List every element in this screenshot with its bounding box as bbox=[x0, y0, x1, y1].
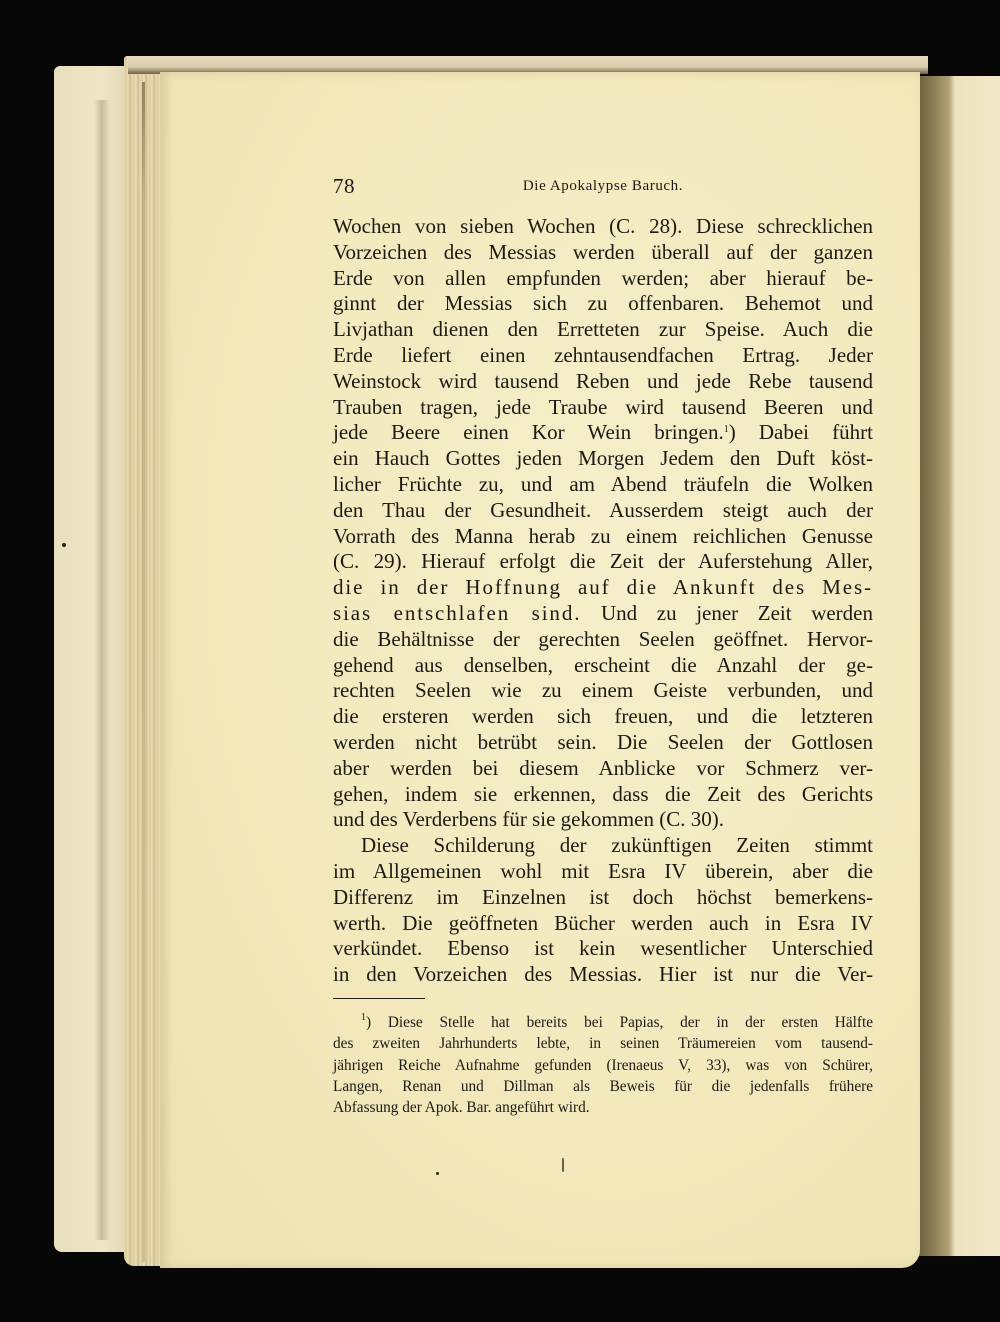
text-line: licher Früchte zu, und am Abend träufeln… bbox=[333, 472, 873, 498]
text-segment: ) Diese Stelle hat bereits bei Papias, d… bbox=[366, 1014, 873, 1031]
running-title: Die Apokalypse Baruch. bbox=[333, 178, 873, 195]
text-line: rechten Seelen wie zu einem Geiste verbu… bbox=[333, 678, 873, 704]
text-line: Trauben tragen, jede Traube wird tausend… bbox=[333, 395, 873, 421]
footnote-line: jährigen Reiche Aufnahme gefunden (Irena… bbox=[333, 1055, 873, 1076]
body-text: Wochen von sieben Wochen (C. 28). Diese … bbox=[333, 214, 873, 988]
text-line: Differenz im Einzelnen ist doch höchst b… bbox=[333, 885, 873, 911]
text-line: gehen, indem sie erkennen, dass die Zeit… bbox=[333, 782, 873, 808]
page-shadow bbox=[94, 100, 110, 1240]
text-line-with-footnote: jede Beere einen Kor Wein bringen.1) Dab… bbox=[333, 420, 873, 446]
footnote-line: Langen, Renan und Dillman als Beweis für… bbox=[333, 1076, 873, 1097]
paper-speck bbox=[562, 1158, 564, 1172]
running-head: 78 Die Apokalypse Baruch. bbox=[333, 174, 873, 202]
text-segment: jede Beere einen Kor Wein bringen. bbox=[333, 420, 724, 444]
text-line: aber werden bei diesem Anblicke vor Schm… bbox=[333, 756, 873, 782]
footnote-divider bbox=[333, 998, 425, 999]
text-line: die Behältnisse der gerechten Seelen geö… bbox=[333, 627, 873, 653]
text-line: verkündet. Ebenso ist kein wesentlicher … bbox=[333, 936, 873, 962]
text-line: Vorzeichen des Messias werden überall au… bbox=[333, 240, 873, 266]
text-line-spaced: die in der Hoffnung auf die Ankunft des … bbox=[333, 575, 873, 601]
text-line: Weinstock wird tausend Reben und jede Re… bbox=[333, 369, 873, 395]
text-line: gehend aus denselben, erscheint die Anza… bbox=[333, 653, 873, 679]
footnote-line: des zweiten Jahrhunderts lebte, in seine… bbox=[333, 1033, 873, 1054]
footnotes: 1) Diese Stelle hat bereits bei Papias, … bbox=[333, 1012, 873, 1118]
paragraph-end-line: und des Verderbens für sie gekommen (C. … bbox=[333, 807, 873, 833]
text-line: sias entschlafen sind. Und zu jener Zeit… bbox=[333, 601, 873, 627]
footnote-line: Abfassung der Apok. Bar. angeführt wird. bbox=[333, 1097, 873, 1118]
text-line: den Thau der Gesundheit. Ausserdem steig… bbox=[333, 498, 873, 524]
paper-speck bbox=[62, 543, 66, 547]
text-line: die ersteren werden sich freuen, und die… bbox=[333, 704, 873, 730]
text-line: ein Hauch Gottes jeden Morgen Jedem den … bbox=[333, 446, 873, 472]
text-line: (C. 29). Hierauf erfolgt die Zeit der Au… bbox=[333, 549, 873, 575]
text-segment: Und zu jener Zeit werden bbox=[581, 601, 873, 625]
text-line: werden nicht betrübt sein. Die Seelen de… bbox=[333, 730, 873, 756]
binding-line bbox=[142, 82, 145, 1262]
book-page: 78 Die Apokalypse Baruch. Wochen von sie… bbox=[160, 72, 920, 1268]
text-line: Livjathan dienen den Erretteten zur Spei… bbox=[333, 317, 873, 343]
text-line: Erde von allen empfunden werden; aber hi… bbox=[333, 266, 873, 292]
footnote-line: 1) Diese Stelle hat bereits bei Papias, … bbox=[333, 1012, 873, 1033]
text-line: werth. Die geöffneten Bücher werden auch… bbox=[333, 911, 873, 937]
text-line: in den Vorzeichen des Messias. Hier ist … bbox=[333, 962, 873, 988]
text-segment: ) Dabei führt bbox=[729, 420, 873, 444]
paper-speck bbox=[436, 1172, 439, 1175]
paragraph-start-line: Diese Schilderung der zukünftigen Zeiten… bbox=[333, 833, 873, 859]
text-line: Erde liefert einen zehntausendfachen Ert… bbox=[333, 343, 873, 369]
text-line: ginnt der Messias sich zu offenbaren. Be… bbox=[333, 291, 873, 317]
text-line: im Allgemeinen wohl mit Esra IV überein,… bbox=[333, 859, 873, 885]
facing-page bbox=[918, 76, 1000, 1256]
text-line: Vorrath des Manna herab zu einem reichli… bbox=[333, 524, 873, 550]
text-segment-spaced: sias entschlafen sind. bbox=[333, 601, 581, 625]
text-line: Wochen von sieben Wochen (C. 28). Diese … bbox=[333, 214, 873, 240]
